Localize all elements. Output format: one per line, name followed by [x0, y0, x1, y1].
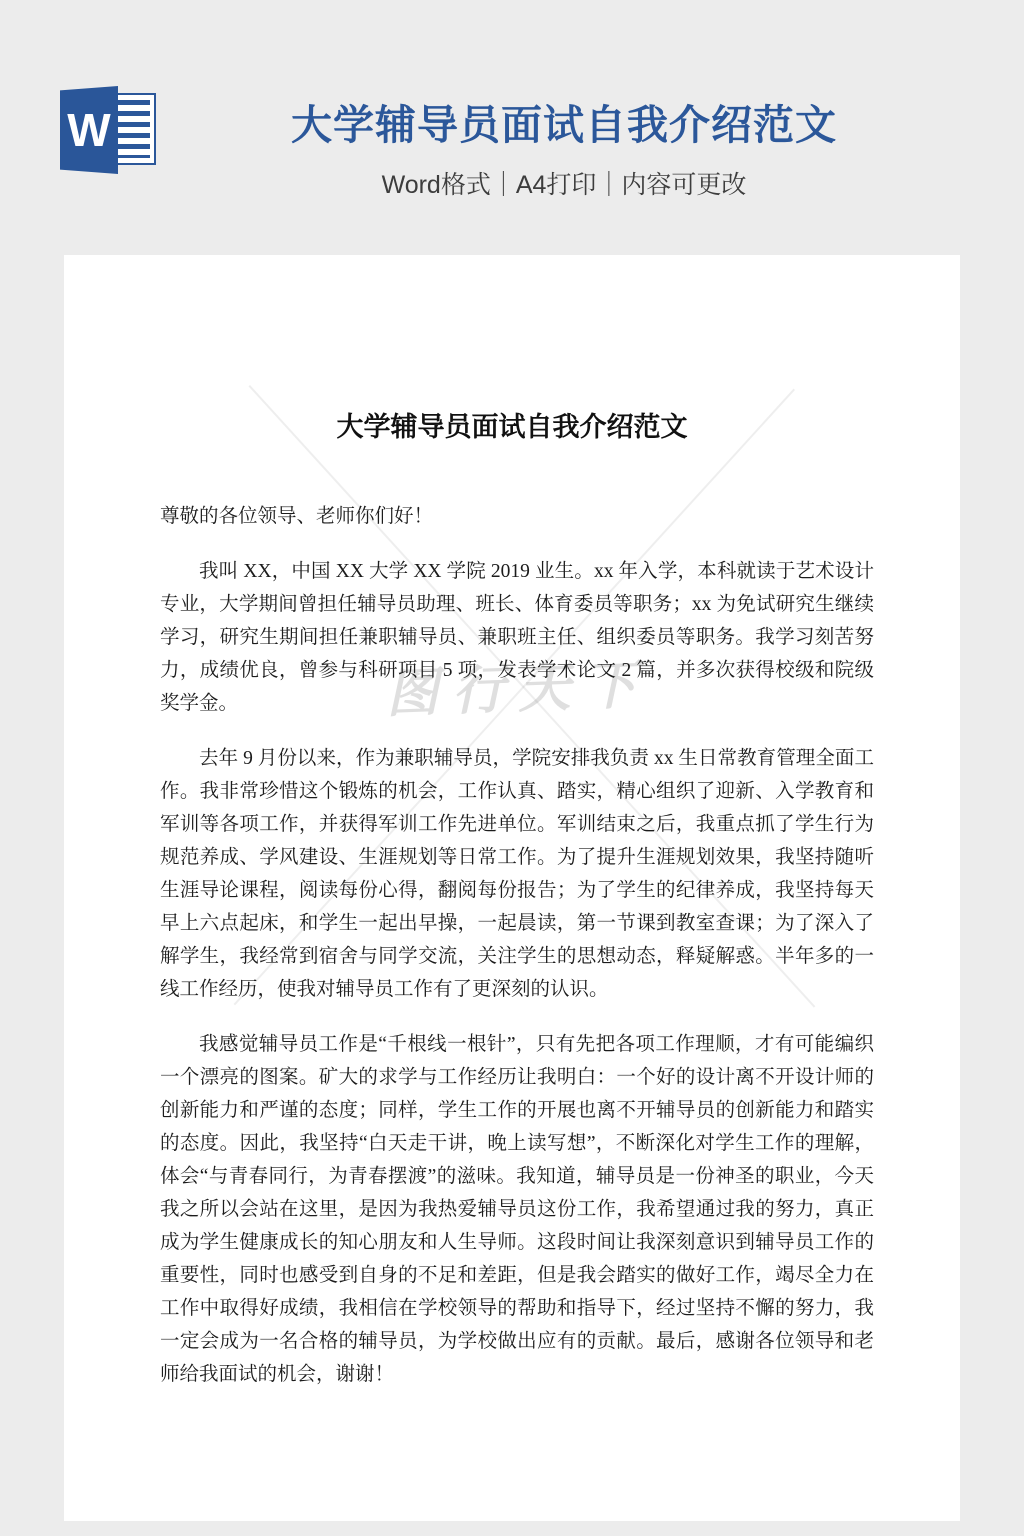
greeting-line: 尊敬的各位领导、老师你们好！ [160, 500, 874, 533]
paragraph-3: 我感觉辅导员工作是“千根线一根针”，只有先把各项工作理顺，才有可能编织一个漂亮的… [160, 1028, 874, 1391]
document-page: 图行天下 大学辅导员面试自我介绍范文 尊敬的各位领导、老师你们好！ 我叫 XX，… [64, 255, 960, 1521]
paragraph-1: 我叫 XX，中国 XX 大学 XX 学院 2019 业生。xx 年入学，本科就读… [160, 555, 874, 720]
document-body: 尊敬的各位领导、老师你们好！ 我叫 XX，中国 XX 大学 XX 学院 2019… [160, 500, 874, 1391]
screenshot-stage: W 大学辅导员面试自我介绍范文 Word格式｜A4打印｜内容可更改 图行天下 大… [0, 0, 1024, 1536]
template-header: W 大学辅导员面试自我介绍范文 Word格式｜A4打印｜内容可更改 [0, 0, 1024, 255]
template-title: 大学辅导员面试自我介绍范文 [52, 92, 1024, 151]
template-subtitle: Word格式｜A4打印｜内容可更改 [52, 165, 1024, 201]
header-text-block: 大学辅导员面试自我介绍范文 Word格式｜A4打印｜内容可更改 [52, 0, 1024, 201]
document-title: 大学辅导员面试自我介绍范文 [160, 405, 864, 444]
paragraph-2: 去年 9 月份以来，作为兼职辅导员，学院安排我负责 xx 生日常教育管理全面工作… [160, 742, 874, 1006]
